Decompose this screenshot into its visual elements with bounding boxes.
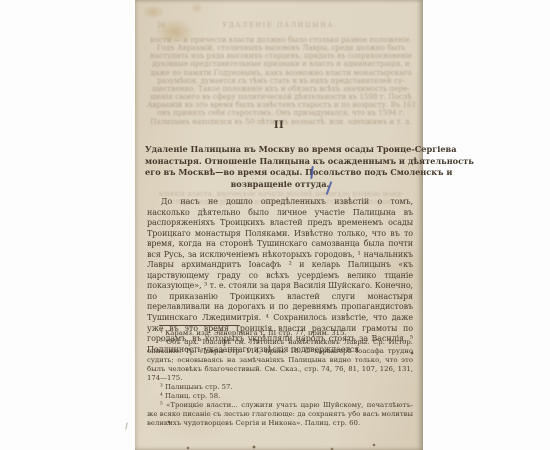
paper-specks xyxy=(135,0,137,2)
bleedthrough-text-block: кости — и причести власти должно было ст… xyxy=(147,36,415,124)
bleedthrough-line: Авраамій въ это время былъ извѣстенъ ста… xyxy=(147,101,415,109)
footnote-2: ² Объ арх. Іоасафѣ см. Лѣтопись намѣстни… xyxy=(147,338,413,383)
book-page: 26 УДАЛЕНІЕ ПАЛИЦЫНА. кости — и причести… xyxy=(135,0,423,450)
footnote-3: ³ Палицынъ стр. 57. xyxy=(147,383,413,392)
bleedthrough-line: щественно. Такое положеніе ихъ и обязать… xyxy=(147,85,415,93)
bleedthrough-line: разумѣнія, думается съ тѣмъ стать и въ н… xyxy=(147,77,415,85)
bleedthrough-line: Годъ Авраамій, столичныхъ вызововъ Лавры… xyxy=(147,44,415,52)
bleedthrough-line: кости — и причести власти должно было ст… xyxy=(147,36,415,44)
bleedthrough-running-header: 26 УДАЛЕНІЕ ПАЛИЦЫНА. xyxy=(147,21,413,30)
bleedthrough-line: духовные представительные признаки и вла… xyxy=(147,60,415,68)
scanned-book-page-photo: 26 УДАЛЕНІЕ ПАЛИЦЫНА. кости — и причести… xyxy=(0,0,550,450)
heading-line: возвращеніе оттуда. xyxy=(145,179,415,191)
chapter-heading: Удаленіе Палицына въ Москву во время оса… xyxy=(145,144,415,190)
bleedthrough-line: онъ принялъ себя старостомъ. Онъ призаду… xyxy=(147,109,415,117)
footnote-separator-rule xyxy=(159,325,239,326)
bleedthrough-line: наступить изъ ряда высокихъ старцевъ, пр… xyxy=(147,52,415,60)
heading-line: его въ Москвѣ—во время осады. Посольство… xyxy=(145,167,415,179)
bleedthrough-line: шенія своего въ сферу политической дѣяте… xyxy=(147,93,415,101)
stray-pencil-mark xyxy=(125,423,131,431)
bleedthrough-line: даже по памяти Годуновымъ, какъ возможно… xyxy=(147,69,415,77)
bleedthrough-running-title: УДАЛЕНІЕ ПАЛИЦЫНА. xyxy=(147,21,413,30)
footnote-1: ¹ Карамз. изд. Эйнерлинга т. III стр. 77… xyxy=(147,329,413,338)
heading-line: монастыря. Отношеніе Палицына къ осажден… xyxy=(145,156,415,168)
footnotes-block: ¹ Карамз. изд. Эйнерлинга т. III стр. 77… xyxy=(147,329,413,427)
footnote-4: ⁴ Палиц. стр. 58. xyxy=(147,392,413,401)
footnote-5: ⁵ «Троицкіе власти... служити учатъ царю… xyxy=(147,401,413,428)
chapter-number: II xyxy=(135,120,423,131)
heading-line: Удаленіе Палицына въ Москву во время оса… xyxy=(145,144,415,156)
